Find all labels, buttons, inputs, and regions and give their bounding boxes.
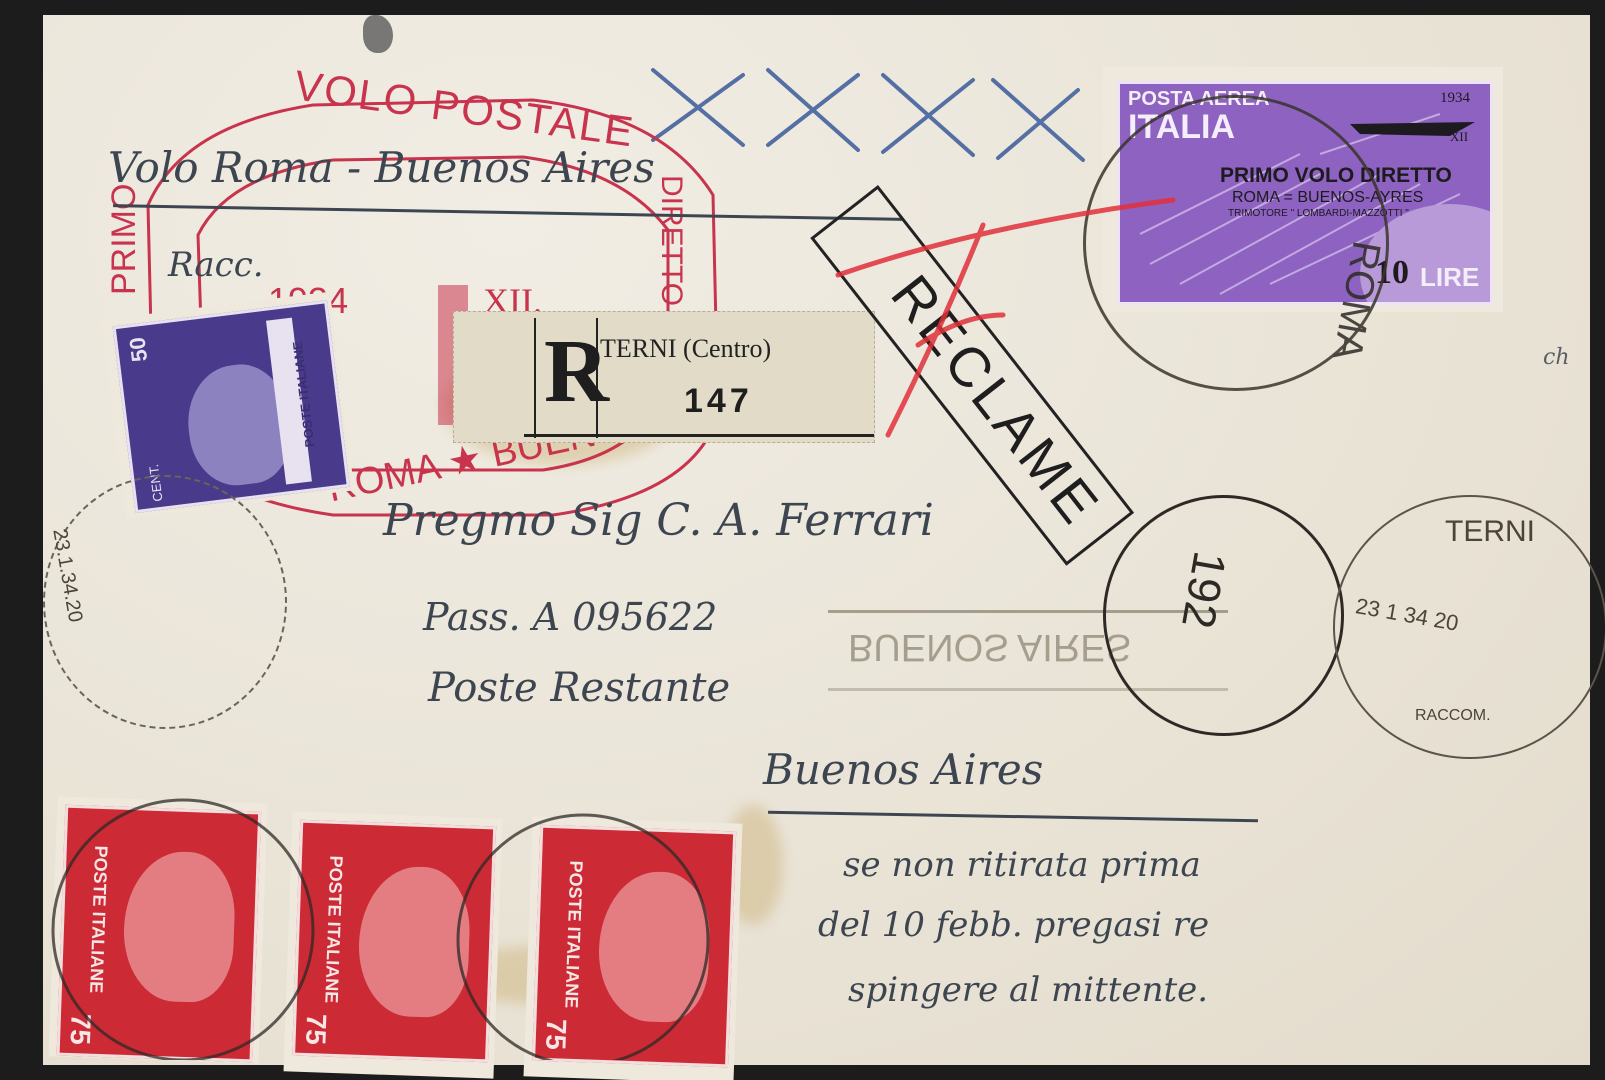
airmail-currency: LIRE xyxy=(1420,262,1479,293)
handwritten-passport: Pass. A 095622 xyxy=(423,595,717,639)
handwritten-poste-restante: Poste Restante xyxy=(428,665,730,711)
cachet-right-text: DIRETTO xyxy=(654,175,688,306)
stamp-value: 50 xyxy=(124,336,153,363)
handwritten-city: Buenos Aires xyxy=(763,745,1043,794)
handwritten-racc: Racc. xyxy=(168,245,264,285)
terni-city: TERNI xyxy=(1445,515,1535,549)
correo-postmark: 192 xyxy=(1103,495,1344,736)
red-crayon-mark xyxy=(833,195,1193,455)
terni-date: 23 1 34 20 xyxy=(1354,593,1461,637)
handwritten-instruction-3: spingere al mittente. xyxy=(848,970,1208,1010)
envelope: VOLO POSTALE PRIMO DIRETTO ROMA ★ BUENOS… xyxy=(43,15,1590,1065)
margin-scribble: ch xyxy=(1543,345,1570,370)
handwritten-instruction-1: se non ritirata prima xyxy=(843,845,1201,885)
correo-number: 192 xyxy=(1171,548,1238,633)
red-stamp-strip: POSTE ITALIANE 75 POSTE ITALIANE 75 POST… xyxy=(23,770,723,1060)
airmail-year: 1934 xyxy=(1440,90,1470,107)
ink-smudge xyxy=(363,15,393,53)
receiving-text: BUENOS AIRES xyxy=(848,625,1131,668)
terni-left-date: 23.1.34.20 xyxy=(47,527,86,624)
airmail-era: XII xyxy=(1450,129,1468,145)
terni-postmark-left: 23.1.34.20 xyxy=(43,475,287,729)
address-underline xyxy=(768,811,1258,823)
postmark-city: ROMA xyxy=(1323,238,1388,364)
terni-ring: RACCOM. xyxy=(1415,707,1491,725)
registration-number: 147 xyxy=(684,382,753,421)
registration-office: TERNI (Centro) xyxy=(600,334,771,364)
registration-label: R TERNI (Centro) 147 xyxy=(453,311,875,443)
terni-postmark-right: TERNI 23 1 34 20 RACCOM. xyxy=(1333,495,1605,759)
cachet-left-text: PRIMO xyxy=(105,184,144,295)
handwritten-instruction-2: del 10 febb. pregasi re xyxy=(818,905,1209,945)
handwritten-addressee: Pregmo Sig C. A. Ferrari xyxy=(383,495,934,546)
handwritten-route: Volo Roma - Buenos Aires xyxy=(108,143,655,192)
